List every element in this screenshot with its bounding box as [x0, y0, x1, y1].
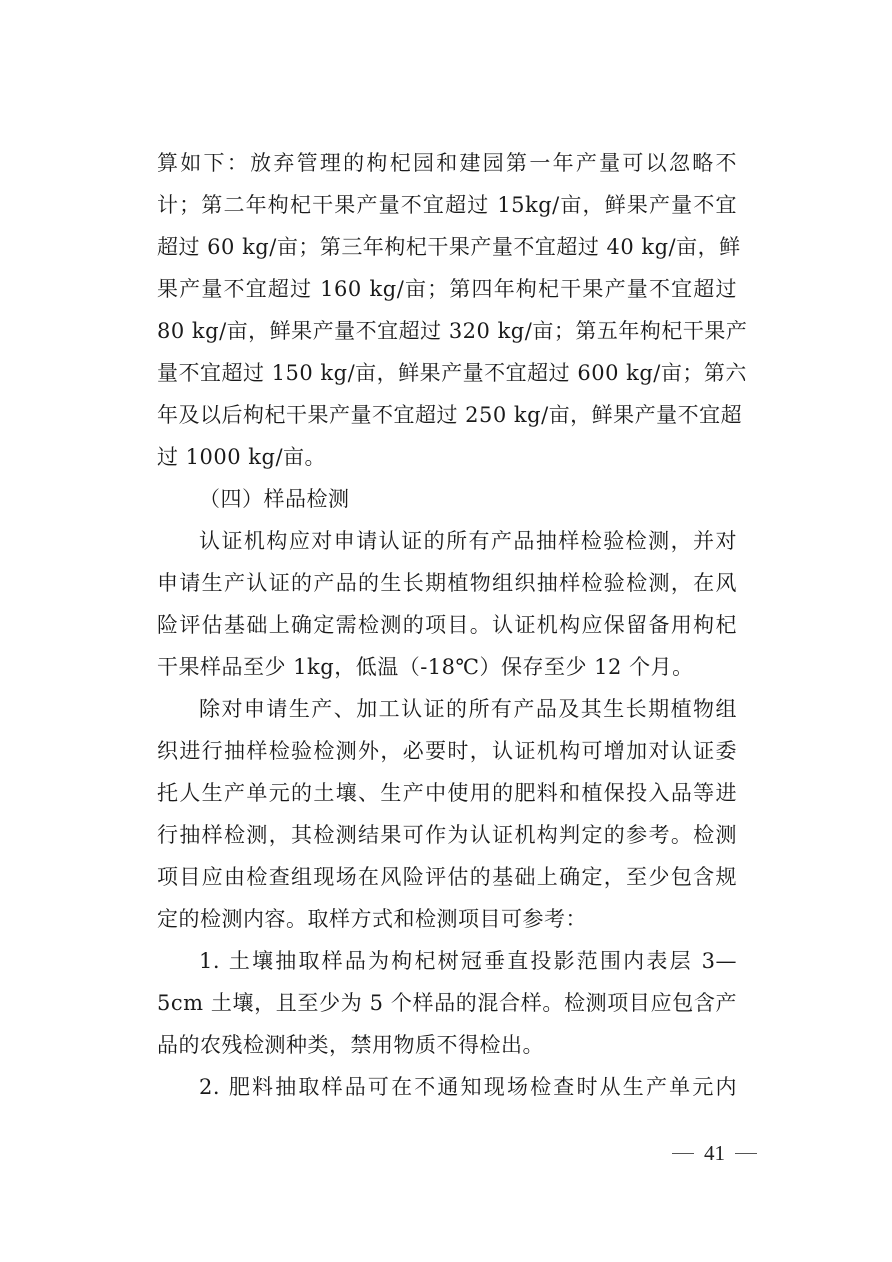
- text-line: 算如下：放弃管理的枸杞园和建园第一年产量可以忽略不: [157, 142, 737, 184]
- page-number: 41: [704, 1141, 725, 1166]
- section-heading: （四）样品检测: [157, 478, 737, 520]
- text-line: 计；第二年枸杞干果产量不宜超过 15kg/亩，鲜果产量不宜: [157, 184, 737, 226]
- text-line: 年及以后枸杞干果产量不宜超过 250 kg/亩，鲜果产量不宜超: [157, 394, 737, 436]
- text-line: 超过 60 kg/亩；第三年枸杞干果产量不宜超过 40 kg/亩，鲜: [157, 226, 737, 268]
- page-footer: 41: [672, 1138, 757, 1168]
- text-line: 险评估基础上确定需检测的项目。认证机构应保留备用枸杞: [157, 604, 737, 646]
- text-line: 干果样品至少 1kg，低温（-18℃）保存至少 12 个月。: [157, 646, 737, 688]
- dash-right: [735, 1153, 757, 1154]
- text-line: 除对申请生产、加工认证的所有产品及其生长期植物组: [157, 688, 737, 730]
- text-line: 5cm 土壤，且至少为 5 个样品的混合样。检测项目应包含产: [157, 982, 737, 1024]
- text-line: 果产量不宜超过 160 kg/亩；第四年枸杞干果产量不宜超过: [157, 268, 737, 310]
- text-line: 过 1000 kg/亩。: [157, 436, 737, 478]
- text-line: 项目应由检查组现场在风险评估的基础上确定，至少包含规: [157, 856, 737, 898]
- text-line: 行抽样检测，其检测结果可作为认证机构判定的参考。检测: [157, 814, 737, 856]
- text-line: 定的检测内容。取样方式和检测项目可参考：: [157, 898, 737, 940]
- text-line: 80 kg/亩，鲜果产量不宜超过 320 kg/亩；第五年枸杞干果产: [157, 310, 737, 352]
- text-line: 申请生产认证的产品的生长期植物组织抽样检验检测，在风: [157, 562, 737, 604]
- text-line: 品的农残检测种类，禁用物质不得检出。: [157, 1024, 737, 1066]
- text-line: 织进行抽样检验检测外，必要时，认证机构可增加对认证委: [157, 730, 737, 772]
- text-line: 量不宜超过 150 kg/亩，鲜果产量不宜超过 600 kg/亩；第六: [157, 352, 737, 394]
- list-item: 2. 肥料抽取样品可在不通知现场检查时从生产单元内: [157, 1066, 737, 1108]
- list-item: 1. 土壤抽取样品为枸杞树冠垂直投影范围内表层 3—: [157, 940, 737, 982]
- text-line: 托人生产单元的土壤、生产中使用的肥料和植保投入品等进: [157, 772, 737, 814]
- document-body: 算如下：放弃管理的枸杞园和建园第一年产量可以忽略不 计；第二年枸杞干果产量不宜超…: [157, 142, 737, 1108]
- dash-left: [672, 1153, 694, 1154]
- text-line: 认证机构应对申请认证的所有产品抽样检验检测，并对: [157, 520, 737, 562]
